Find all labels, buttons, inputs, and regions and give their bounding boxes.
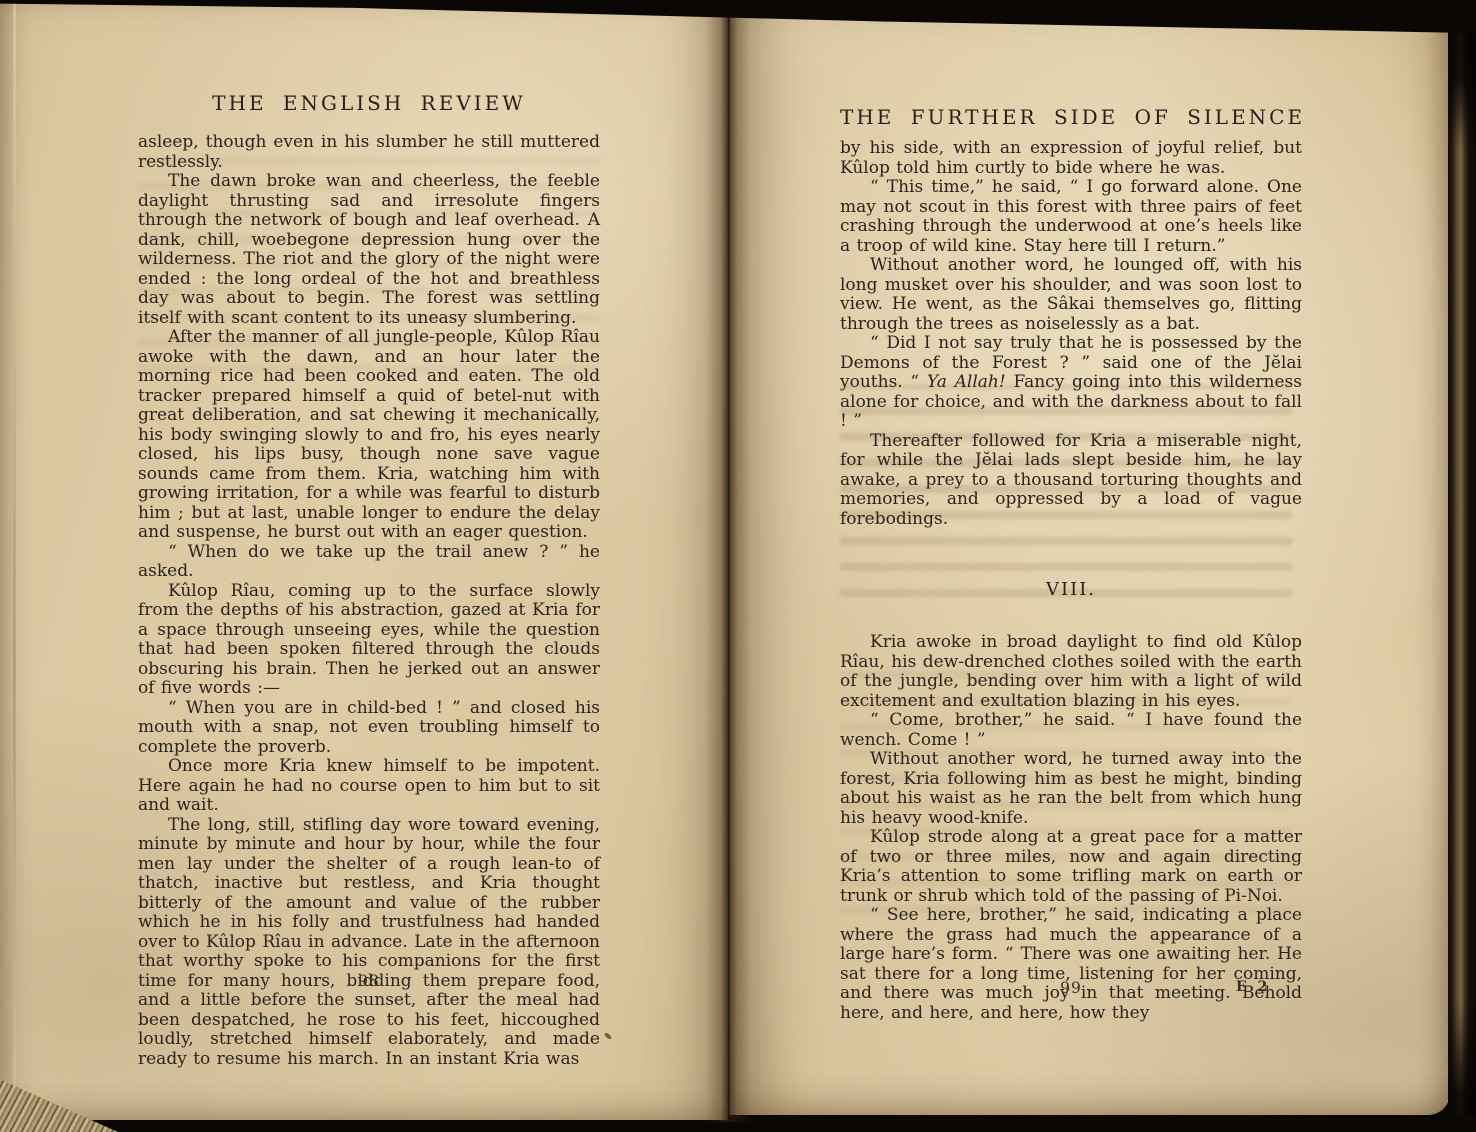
signature-mark: E 2: [1236, 979, 1268, 995]
text-run: Kûlop strode along at a great pace for a…: [840, 827, 1302, 906]
paragraph: “ When you are in child-bed ! ” and clos…: [138, 699, 600, 758]
left-page-body: asleep, though even in his slumber he st…: [138, 133, 600, 1069]
text-run: “ When do we take up the trail anew ? ” …: [138, 542, 600, 582]
text-run: “ This time,” he said, “ I go forward al…: [840, 177, 1302, 256]
paragraph: asleep, though even in his slumber he st…: [138, 133, 600, 172]
text-run: “ Come, brother,” he said. “ I have foun…: [840, 710, 1302, 750]
text-run: Without another word, he lounged off, wi…: [840, 255, 1302, 334]
page-footer-right: 99 E 2: [840, 979, 1302, 997]
book-gutter-shadow: [706, 0, 750, 1132]
text-run: The dawn broke wan and cheerless, the fe…: [138, 171, 600, 328]
text-run: After the manner of all jungle-people, K…: [138, 327, 600, 542]
text-run: by his side, with an expression of joyfu…: [840, 138, 1302, 178]
left-page: THE ENGLISH REVIEW asleep, though even i…: [0, 3, 728, 1120]
paragraph: Without another word, he turned away int…: [840, 750, 1302, 828]
page-number-left: 98: [138, 972, 600, 990]
paragraph: “ Did I not say truly that he is possess…: [840, 334, 1302, 432]
running-header-right: THE FURTHER SIDE OF SILENCE: [840, 105, 1302, 129]
text-run: Kûlop Rîau, coming up to the surface slo…: [138, 581, 600, 699]
paragraph: The long, still, stifling day wore towar…: [138, 816, 600, 1070]
right-page-body-lower: Kria awoke in broad daylight to find old…: [840, 633, 1302, 1023]
text-run: Thereafter followed for Kria a miserable…: [840, 431, 1302, 529]
open-book-scan: THE ENGLISH REVIEW asleep, though even i…: [0, 0, 1476, 1132]
paragraph: Thereafter followed for Kria a miserable…: [840, 432, 1302, 530]
paragraph: Kria awoke in broad daylight to find old…: [840, 633, 1302, 711]
text-run: “ When you are in child-bed ! ” and clos…: [138, 698, 600, 757]
paragraph: After the manner of all jungle-people, K…: [138, 328, 600, 543]
running-header-left: THE ENGLISH REVIEW: [138, 91, 600, 115]
paragraph: by his side, with an expression of joyfu…: [840, 139, 1302, 178]
right-page-content: THE FURTHER SIDE OF SILENCE by his side,…: [840, 105, 1302, 1023]
page-number-right: 99: [1060, 979, 1082, 997]
fore-edge-page-stack: [1448, 0, 1476, 1132]
paragraph: “ Come, brother,” he said. “ I have foun…: [840, 711, 1302, 750]
text-run: Kria awoke in broad daylight to find old…: [840, 632, 1302, 711]
right-page-body-upper: by his side, with an expression of joyfu…: [840, 139, 1302, 529]
paragraph: Without another word, he lounged off, wi…: [840, 256, 1302, 334]
chapter-heading: VIII.: [840, 579, 1302, 601]
paragraph: Kûlop strode along at a great pace for a…: [840, 828, 1302, 906]
paragraph: “ When do we take up the trail anew ? ” …: [138, 543, 600, 582]
text-run: “ See here, brother,” he said, indicatin…: [840, 905, 1302, 1023]
text-run: Once more Kria knew himself to be impote…: [138, 756, 600, 815]
paragraph: Kûlop Rîau, coming up to the surface slo…: [138, 582, 600, 699]
left-page-content: THE ENGLISH REVIEW asleep, though even i…: [138, 91, 600, 1069]
paragraph: “ See here, brother,” he said, indicatin…: [840, 906, 1302, 1023]
text-run: asleep, though even in his slumber he st…: [138, 132, 600, 172]
text-run: The long, still, stifling day wore towar…: [138, 815, 600, 1069]
left-page-crease: [13, 3, 16, 1120]
italic-phrase: Ya Allah!: [927, 372, 1006, 392]
text-run: Without another word, he turned away int…: [840, 749, 1302, 828]
paragraph: “ This time,” he said, “ I go forward al…: [840, 178, 1302, 256]
right-page: THE FURTHER SIDE OF SILENCE by his side,…: [728, 13, 1450, 1115]
paragraph: Once more Kria knew himself to be impote…: [138, 757, 600, 816]
paragraph: The dawn broke wan and cheerless, the fe…: [138, 172, 600, 328]
